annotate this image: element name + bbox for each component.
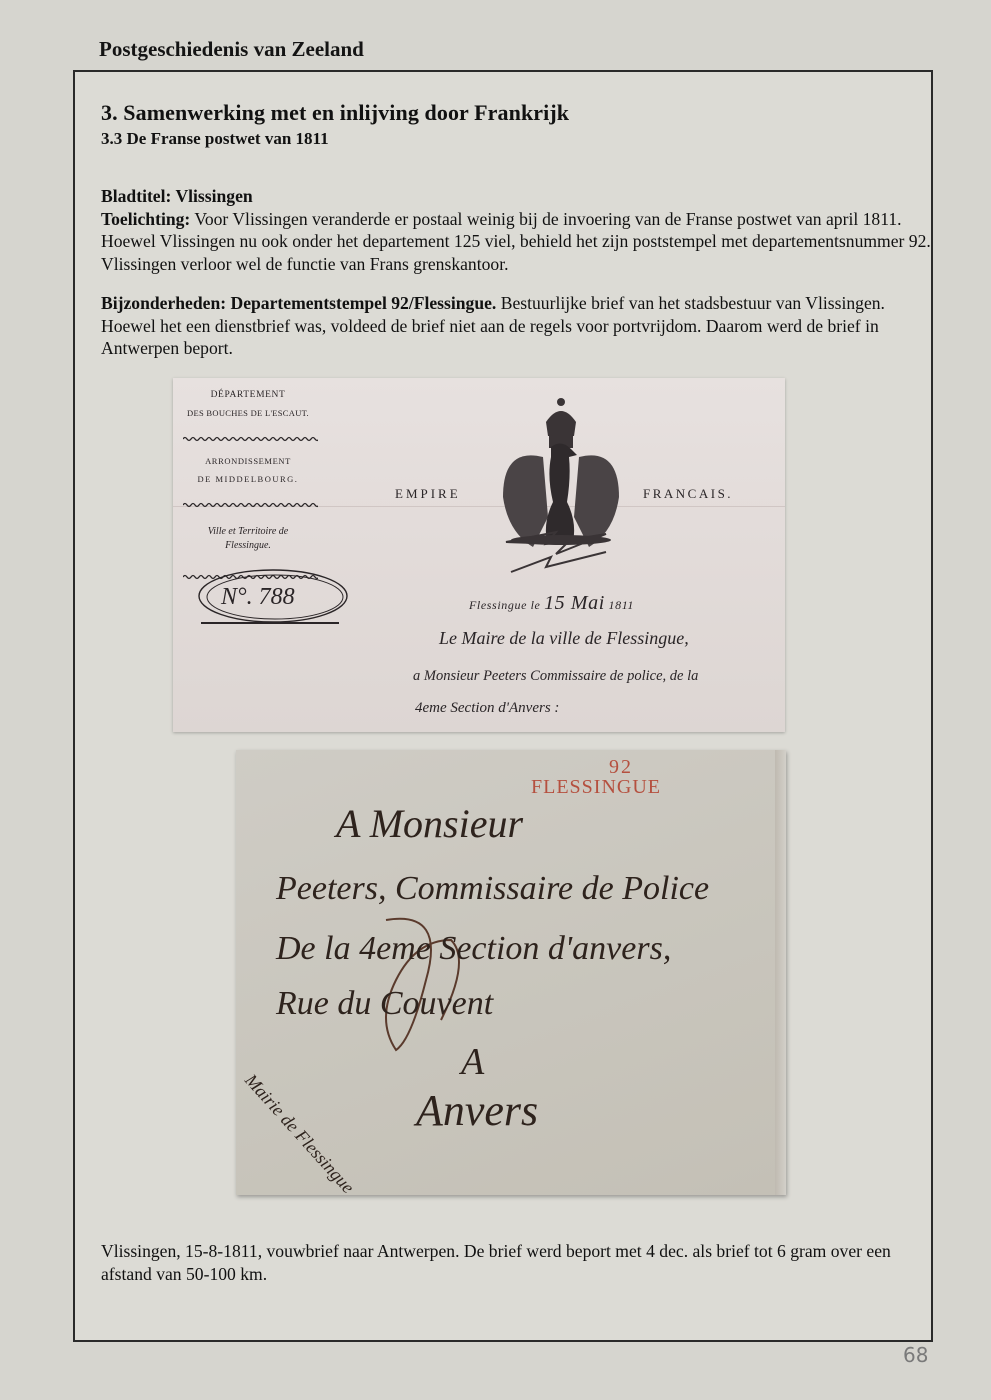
sheet-title-label: Bladtitel: bbox=[101, 186, 171, 206]
chapter-title: 3. Samenwerking met en inlijving door Fr… bbox=[101, 100, 569, 126]
department-stamp-number: 92 bbox=[586, 758, 656, 776]
caption: Vlissingen, 15-8-1811, vouwbrief naar An… bbox=[101, 1240, 931, 1285]
series-title: Postgeschiedenis van Zeeland bbox=[99, 37, 364, 62]
page-number: 68 bbox=[903, 1343, 928, 1367]
address-line-5: A bbox=[461, 1040, 484, 1084]
date-year: 1811 bbox=[605, 598, 634, 612]
letter-date: Flessingue le 15 Mai 1811 bbox=[469, 592, 634, 615]
address-line-4: Rue du Couvent bbox=[276, 985, 493, 1023]
sheet-title-value: Vlissingen bbox=[171, 186, 252, 206]
letterhead-arrondissement: ARRONDISSEMENT bbox=[173, 456, 323, 466]
letterhead-francais: FRANCAIS. bbox=[643, 486, 733, 502]
address-line-1: A Monsieur bbox=[336, 800, 523, 847]
letter-recipient: a Monsieur Peeters Commissaire de police… bbox=[413, 668, 698, 685]
sender-annotation: Mairie de Flessingue bbox=[240, 1070, 358, 1195]
letterhead-image: DÉPARTEMENT DES BOUCHES DE L'ESCAUT. ARR… bbox=[173, 378, 785, 732]
address-line-2: Peeters, Commissaire de Police bbox=[276, 870, 709, 908]
explanation-text: Voor Vlissingen veranderde er postaal we… bbox=[101, 209, 931, 274]
postage-due-mark-icon bbox=[366, 900, 476, 1060]
letter-sender: Le Maire de la ville de Flessingue, bbox=[439, 628, 689, 649]
wavy-divider bbox=[183, 502, 318, 508]
address-city: Anvers bbox=[416, 1085, 538, 1136]
register-number-text: N°. 788 bbox=[221, 584, 295, 611]
letterhead-bouches: DES BOUCHES DE L'ESCAUT. bbox=[173, 408, 323, 418]
details-label: Bijzonderheden: Departementstempel 92/Fl… bbox=[101, 293, 496, 313]
letterhead-middelbourg: DE MIDDELBOURG. bbox=[173, 474, 323, 484]
details-paragraph: Bijzonderheden: Departementstempel 92/Fl… bbox=[101, 292, 931, 360]
letterhead-ville: Ville et Territoire de bbox=[173, 526, 323, 537]
wavy-divider bbox=[183, 436, 318, 442]
letter-flap bbox=[775, 750, 786, 1195]
date-prefix: Flessingue le bbox=[469, 598, 544, 612]
explanation-label: Toelichting: bbox=[101, 209, 190, 229]
date-day: 15 bbox=[544, 592, 565, 614]
intro-paragraph: Bladtitel: Vlissingen Toelichting: Voor … bbox=[101, 185, 931, 275]
address-line-3: De la 4eme Section d'anvers, bbox=[276, 930, 671, 968]
letter-recipient-section: 4eme Section d'Anvers : bbox=[415, 700, 559, 717]
department-stamp-name: FLESSINGUE bbox=[496, 778, 696, 796]
sheet-title-line: Bladtitel: Vlissingen bbox=[101, 185, 931, 208]
register-number: N°. 788 bbox=[201, 566, 356, 626]
date-month: Mai bbox=[565, 592, 605, 614]
letterhead-departement: DÉPARTEMENT bbox=[173, 390, 323, 400]
cover-letter-image: 92 FLESSINGUE A Monsieur Peeters, Commis… bbox=[236, 750, 786, 1195]
imperial-eagle-icon bbox=[491, 392, 631, 582]
letterhead-empire: EMPIRE bbox=[395, 486, 461, 502]
letterhead-flessingue: Flessingue. bbox=[173, 540, 323, 551]
explanation: Toelichting: Voor Vlissingen veranderde … bbox=[101, 208, 931, 276]
section-title: 3.3 De Franse postwet van 1811 bbox=[101, 129, 329, 149]
